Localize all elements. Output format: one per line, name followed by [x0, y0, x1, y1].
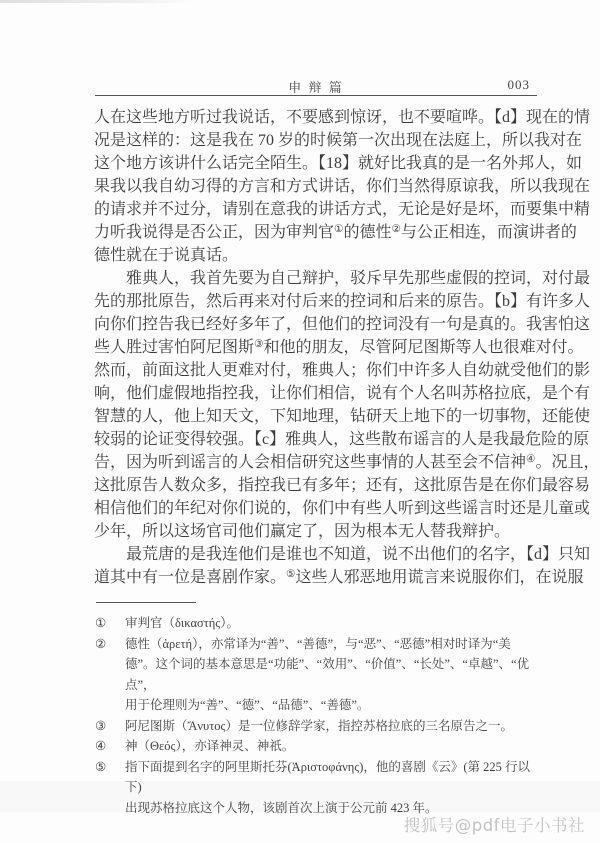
footnote-line: 德”。这个词的基本意思是“功能”、“效用”、“价值”、“长处”、“卓越”、“优点…	[125, 654, 539, 695]
footnotes: ①审判官（δικαστής）。②德性（ἀρετή），亦常译为“善”、“善德”，与…	[95, 613, 539, 818]
footnote-marker: ⑤	[95, 757, 125, 819]
body-line: 然而，前面这批人更难对付，雅典人；你们中许多人自幼就受他们的影	[94, 359, 537, 382]
footnote-line: 阿尼图斯（Ἄνυτος）是一位修辞学家，指控苏格拉底的三名原告之一。	[125, 716, 539, 737]
footnote-text: 审判官（δικαστής）。	[125, 613, 539, 634]
watermark: 搜狐号@pdf电子小书社	[404, 812, 585, 836]
body-line: 这个地方该讲什么话完全陌生。【18】就好比我真的是一名外邦人，如	[94, 152, 537, 175]
footnote-ref: ④	[526, 454, 535, 465]
footnote-text: 指下面提到名字的阿里斯托芬(Ἀριστοφάνης)，他的喜剧《云》(第 225…	[125, 757, 539, 819]
footnote-line: 用于伦理则为“善”、“德”、“品德”、“善德”。	[125, 695, 539, 716]
body-line: 告，因为听到谣言的人会相信研究这些事情的人甚至会不信神④。况且，	[94, 451, 537, 474]
body-line: 雅典人，我首先要为自己辩护，驳斥早先那些虚假的控词，对付最	[94, 267, 537, 290]
footnote-ref: ①	[334, 224, 343, 235]
body-line: 道其中有一位是喜剧作家。⑤这些人邪恶地用谎言来说服你们，在说服	[94, 566, 537, 589]
footnote-line: 审判官（δικαστής）。	[125, 613, 539, 634]
body-line: 力听我说得是否公正，因为审判官①的德性②与公正相连，而演讲者的	[94, 221, 537, 244]
page-header: 申 辩 篇 003	[95, 77, 537, 93]
footnote-item: ②德性（ἀρετή），亦常译为“善”、“善德”，与“恶”、“恶德”相对时译为“美…	[95, 634, 539, 716]
footnote-item: ⑤指下面提到名字的阿里斯托芬(Ἀριστοφάνης)，他的喜剧《云》(第 22…	[95, 757, 539, 819]
body-line: 果我以我自幼习得的方言和方式讲话，你们当然得原谅我，所以我现在	[94, 175, 537, 198]
body-line: 德性就在于说真话。	[94, 244, 537, 267]
footnote-marker: ①	[95, 613, 125, 634]
body-line: 较弱的论证变得较强。【c】雅典人，这些散布谣言的人是我最危险的原	[94, 428, 537, 451]
body-line: 相信他们的年纪对你们说的，你们中有些人听到这些谣言时还是儿童或	[94, 497, 537, 520]
footnote-ref: ②	[391, 224, 400, 235]
book-page-scan: 申 辩 篇 003 人在这些地方听过我说话，不要感到惊讶，也不要喧哗。【d】现在…	[0, 0, 600, 843]
footnote-text: 神（Θεός），亦译神灵、神祇。	[125, 736, 539, 757]
footnote-ref: ③	[254, 339, 263, 350]
footnote-ref: ⑤	[286, 569, 295, 580]
body-line: 响，他们虚假地指控我，让你们相信，说有个人名叫苏格拉底，是个有	[94, 382, 537, 405]
footnote-line: 神（Θεός），亦译神灵、神祇。	[125, 736, 539, 757]
footnote-marker: ④	[95, 736, 125, 757]
footnote-item: ④神（Θεός），亦译神灵、神祇。	[95, 736, 539, 757]
body-line: 这批原告人数众多，指控我已有多年；还有，这批原告是在你们最容易	[94, 474, 537, 497]
body-line: 向你们控告我已经好多年了，但他们的控词没有一句是真的。我害怕这	[94, 313, 537, 336]
footnote-line: 德性（ἀρετή），亦常译为“善”、“善德”，与“恶”、“恶德”相对时译为“美	[125, 634, 539, 655]
body-line: 些人胜过害怕阿尼图斯③和他的朋友，尽管阿尼图斯等人也很难对付。	[94, 336, 537, 359]
footnote-text: 阿尼图斯（Ἄνυτος）是一位修辞学家，指控苏格拉底的三名原告之一。	[125, 716, 539, 737]
body-text: 人在这些地方听过我说话，不要感到惊讶，也不要喧哗。【d】现在的情况是这样的：这是…	[94, 106, 537, 589]
header-rule	[95, 95, 537, 96]
footnote-separator	[96, 602, 196, 603]
footnote-marker: ③	[95, 716, 125, 737]
page-number: 003	[508, 77, 531, 93]
scan-edge-artifact	[0, 0, 195, 3]
body-line: 最荒唐的是我连他们是谁也不知道，说不出他们的名字，【d】只知	[94, 543, 537, 566]
body-line: 先的那批原告，然后再来对付后来的控词和后来的原告。【b】有许多人	[94, 290, 537, 313]
chapter-title: 申 辩 篇	[95, 77, 537, 96]
footnote-line: 指下面提到名字的阿里斯托芬(Ἀριστοφάνης)，他的喜剧《云》(第 225…	[125, 757, 539, 798]
body-line: 人在这些地方听过我说话，不要感到惊讶，也不要喧哗。【d】现在的情	[94, 106, 537, 129]
footnote-item: ③阿尼图斯（Ἄνυτος）是一位修辞学家，指控苏格拉底的三名原告之一。	[95, 716, 539, 737]
body-line: 况是这样的：这是我在 70 岁的时候第一次出现在法庭上，所以我对在	[94, 129, 537, 152]
footnote-marker: ②	[95, 634, 125, 716]
body-line: 的请求并不过分，请别在意我的讲话方式，无论是好是坏，而要集中精	[94, 198, 537, 221]
footnote-item: ①审判官（δικαστής）。	[95, 613, 539, 634]
body-line: 智慧的人，他上知天文，下知地理，钻研天上地下的一切事物，还能使	[94, 405, 537, 428]
body-line: 少年，所以这场官司他们赢定了，因为根本无人替我辩护。	[94, 520, 537, 543]
footnote-text: 德性（ἀρετή），亦常译为“善”、“善德”，与“恶”、“恶德”相对时译为“美德…	[125, 634, 539, 716]
